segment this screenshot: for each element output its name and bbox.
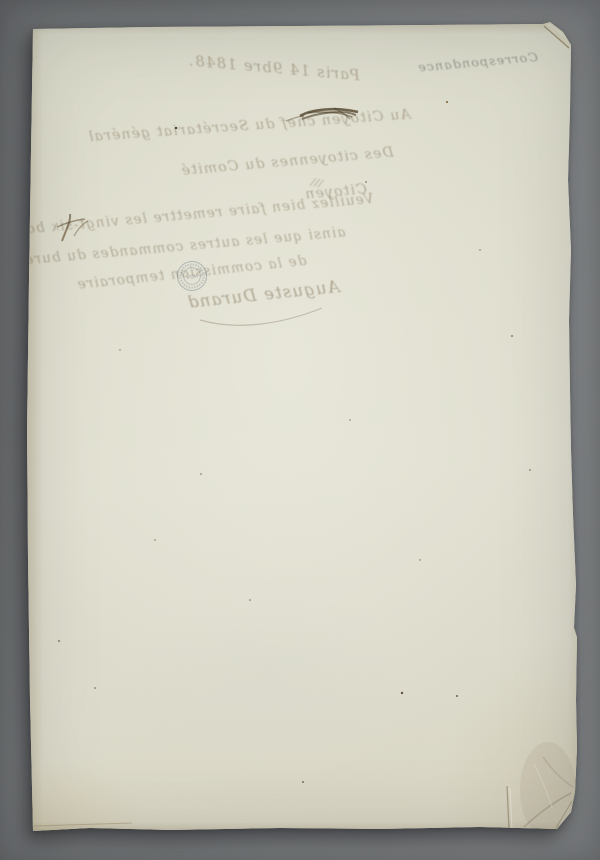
bottom-right-creases [507,627,577,838]
paper-edge-shading-right [568,40,578,830]
archival-photo-scan: Correspondance Paris 14 9bre 1848. Au Ci… [0,0,600,860]
bleedthrough-recipient-line: Des citoyennes du Comité [198,145,394,176]
bleedthrough-date-line: Paris 14 9bre 1848. [190,54,361,84]
signature-flourish [200,308,322,325]
paper-sheet-verso: Correspondance Paris 14 9bre 1848. Au Ci… [0,0,600,860]
paper-edge-shading-top [27,22,577,34]
bleedthrough-signature: Auguste Durand [168,279,341,313]
underleaf-edge [34,823,132,826]
paper-edge-shading-left [27,24,43,832]
folded-corner [544,23,571,50]
bleedthrough-pencil-note: Correspondance [426,51,539,73]
paper-edge-shading-bottom [30,822,576,832]
bleedthrough-tally-marks: /// [310,178,323,190]
bleedthrough-address-line: Au Citoyen chef du Secrétariat général [55,108,411,147]
paper-sheet-shadow: Correspondance Paris 14 9bre 1848. Au Ci… [0,0,600,860]
